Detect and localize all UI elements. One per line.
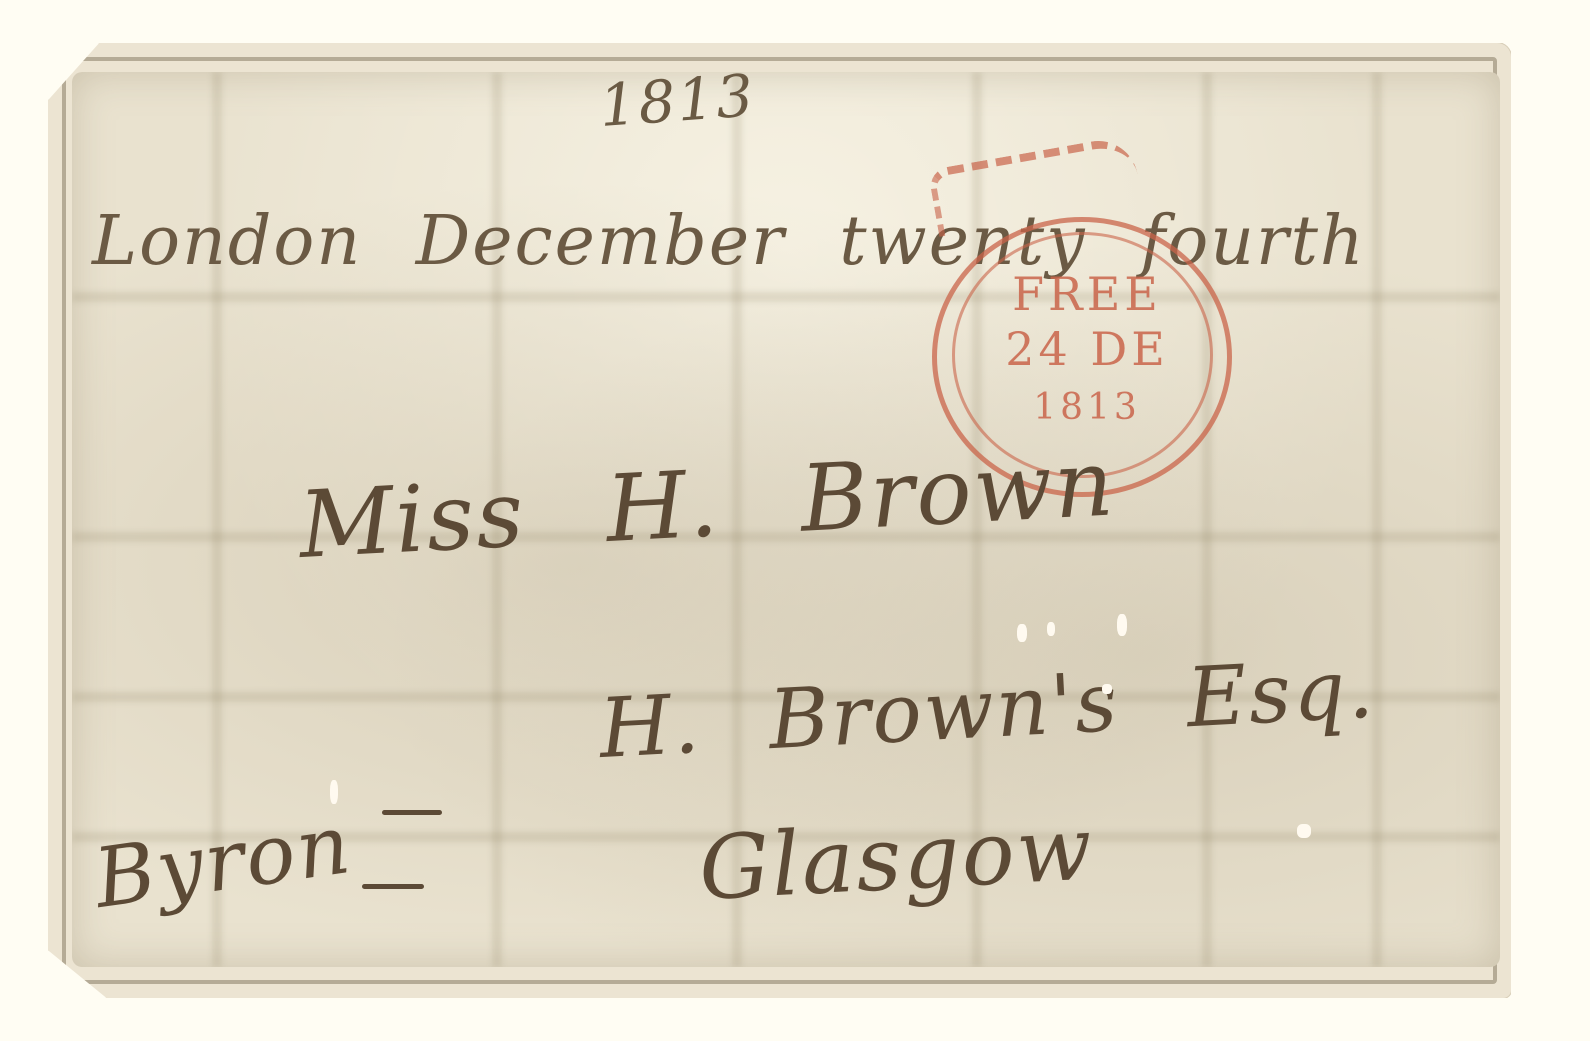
dateline: London December twenty fourth xyxy=(92,202,1366,281)
letter-cover: 1813 London December twenty fourth FREE … xyxy=(72,72,1500,967)
paper-damage xyxy=(1117,614,1127,636)
paper-damage xyxy=(1297,824,1311,838)
paper-damage xyxy=(1047,622,1055,636)
paper-damage xyxy=(1102,684,1112,694)
fold-line xyxy=(72,292,1500,302)
paper-damage xyxy=(1017,624,1027,642)
frank-signature: Byron xyxy=(89,797,358,927)
signature-underline xyxy=(362,884,424,889)
paper-damage xyxy=(330,780,338,804)
address-city: Glasgow xyxy=(697,796,1097,920)
year-docket: 1813 xyxy=(597,72,757,140)
signature-overline xyxy=(382,810,442,815)
address-recipient: Miss H. Brown xyxy=(296,429,1117,579)
address-care-of: H. Brown's Esq. xyxy=(597,641,1378,777)
